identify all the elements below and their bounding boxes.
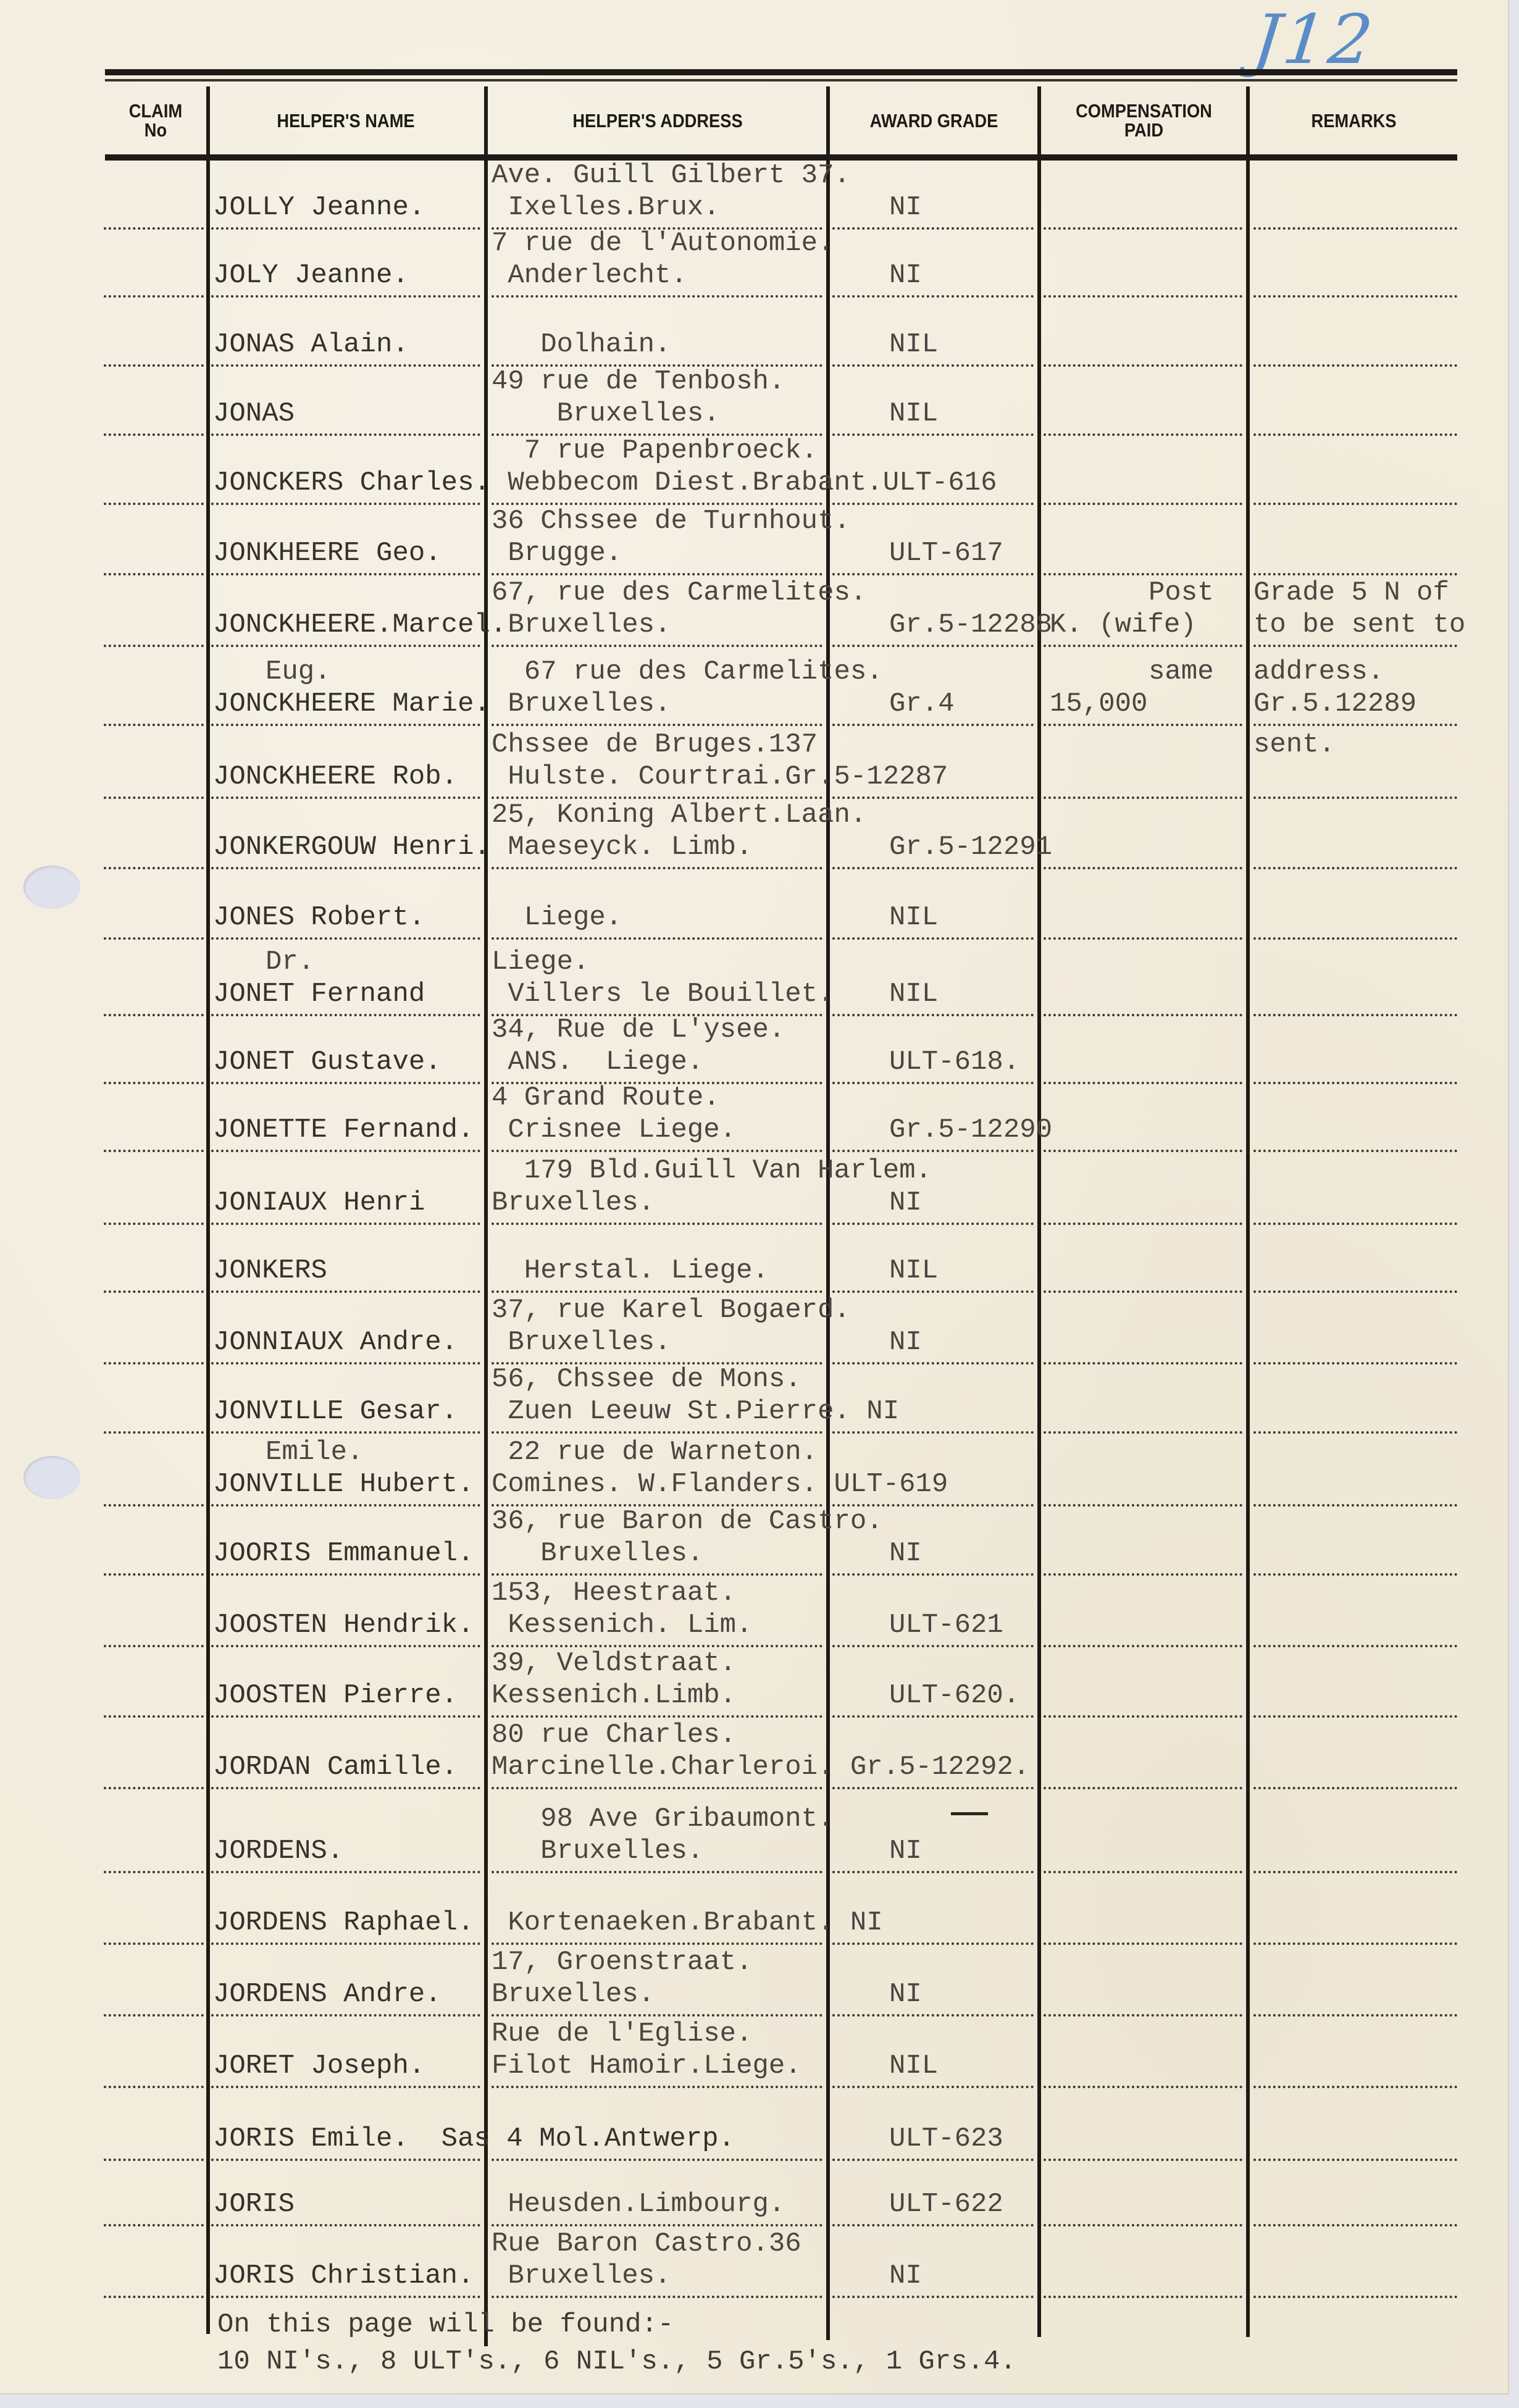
helper-name: JORDENS Raphael.: [213, 1907, 474, 1939]
helper-name: JOOSTEN Hendrik.: [213, 1609, 474, 1641]
helper-name: JONET Fernand: [213, 978, 425, 1010]
row-dotted-line: [1253, 1645, 1457, 1647]
remarks-line-1: sent.: [1253, 729, 1335, 761]
award-grade: NIL: [889, 1255, 938, 1287]
helper-address-line-2: Villers le Bouillet.: [492, 978, 834, 1010]
row-dotted-line: [832, 1150, 1034, 1152]
row-dotted-line: [1253, 645, 1457, 647]
helper-address-line-1: 36, rue Baron de Castro.: [492, 1505, 883, 1537]
award-grade: Gr.4: [889, 688, 955, 720]
remarks-line-1: address.: [1253, 656, 1384, 688]
column-divider-3: [826, 86, 830, 2340]
row-dotted-line: [104, 1645, 204, 1647]
row-dotted-line: [832, 1431, 1034, 1434]
row-dotted-line: [832, 433, 1034, 436]
row-dotted-line: [1253, 1871, 1457, 1873]
row-dotted-line: [211, 295, 480, 298]
helper-name-prefix: Dr.: [266, 946, 314, 978]
punch-hole-bottom: [23, 1456, 80, 1499]
row-dotted-line: [104, 1573, 204, 1576]
row-dotted-line: [492, 724, 822, 726]
row-dotted-line: [211, 937, 480, 940]
header-top-rule: [105, 69, 1457, 75]
row-dotted-line: [832, 1223, 1034, 1225]
row-dotted-line: [104, 1290, 204, 1293]
row-dotted-line: [832, 2014, 1034, 2017]
row-dotted-line: [211, 1573, 480, 1576]
helper-name: JORIS Emile. Sas 4 Mol.Antwerp.: [213, 2123, 735, 2155]
row-dotted-line: [104, 2014, 204, 2017]
row-dotted-line: [1253, 867, 1457, 869]
row-dotted-line: [1044, 1362, 1242, 1365]
row-dotted-line: [1253, 1223, 1457, 1225]
remarks-line-2: Gr.5.12289: [1253, 688, 1416, 720]
row-dotted-line: [211, 503, 480, 505]
row-dotted-line: [1253, 364, 1457, 367]
row-dotted-line: [104, 1787, 204, 1789]
row-dotted-line: [832, 1715, 1034, 1718]
row-dotted-line: [492, 1223, 822, 1225]
row-dotted-line: [211, 364, 480, 367]
helper-address-line-1: 17, Groenstraat.: [492, 1946, 752, 1978]
row-dotted-line: [492, 937, 822, 940]
helper-address-line-1: 67 rue des Carmelites.: [492, 656, 883, 688]
helper-name: JONCKHEERE Rob.: [213, 761, 458, 793]
row-dotted-line: [211, 1942, 480, 1945]
award-grade: NI: [889, 1326, 922, 1358]
row-dotted-line: [1044, 2086, 1242, 2088]
helper-address-line-1: Rue de l'Eglise.: [492, 2018, 752, 2050]
row-dotted-line: [832, 503, 1034, 505]
helper-address-line-2: Webbecom Diest.Brabant.ULT-616: [492, 467, 997, 499]
row-dotted-line: [211, 433, 480, 436]
helper-name: JONKERS: [213, 1255, 327, 1287]
row-dotted-line: [211, 1787, 480, 1789]
remarks-line-1: Grade 5 N of: [1253, 577, 1449, 609]
header-award-grade: AWARD GRADE: [843, 86, 1025, 154]
row-dotted-line: [1253, 1014, 1457, 1016]
row-dotted-line: [1253, 1362, 1457, 1365]
helper-address-line-2: Ixelles.Brux.: [492, 191, 720, 224]
row-dotted-line: [211, 2159, 480, 2161]
helper-address-line-1: 37, rue Karel Bogaerd.: [492, 1294, 850, 1326]
helper-name: JOORIS Emmanuel.: [213, 1537, 474, 1570]
row-dotted-line: [1253, 1787, 1457, 1789]
row-dotted-line: [104, 2224, 204, 2226]
row-dotted-line: [104, 503, 204, 505]
row-dotted-line: [832, 2224, 1034, 2226]
row-dotted-line: [104, 1082, 204, 1084]
row-dotted-line: [492, 2296, 822, 2298]
helper-address-line-1: 49 rue de Tenbosh.: [492, 366, 785, 398]
award-grade: ULT-621: [889, 1609, 1003, 1641]
helper-address-line-2: Hulste. Courtrai.Gr.5-12287: [492, 761, 948, 793]
row-dotted-line: [104, 867, 204, 869]
row-dotted-line: [492, 2014, 822, 2017]
helper-address-line-2: Crisnee Liege.: [492, 1114, 736, 1146]
award-grade: Gr.5-12291: [889, 831, 1052, 863]
helper-name: JORET Joseph.: [213, 2050, 425, 2082]
helper-address-line-1: 36 Chssee de Turnhout.: [492, 505, 850, 537]
row-dotted-line: [492, 2086, 822, 2088]
row-dotted-line: [1044, 1645, 1242, 1647]
row-dotted-line: [832, 724, 1034, 726]
row-dotted-line: [211, 867, 480, 869]
summary-line-2: 10 NI's., 8 ULT's., 6 NIL's., 5 Gr.5's.,…: [217, 2343, 1016, 2380]
row-dotted-line: [1044, 1715, 1242, 1718]
row-dotted-line: [211, 1715, 480, 1718]
row-dotted-line: [104, 937, 204, 940]
row-dotted-line: [1253, 937, 1457, 940]
award-grade: Gr.5-12288: [889, 609, 1052, 641]
row-dotted-line: [104, 1871, 204, 1873]
underline-mark: [951, 1812, 988, 1815]
helper-name: JORDENS.: [213, 1835, 343, 1867]
row-dotted-line: [104, 2296, 204, 2298]
helper-address-line-1: Chssee de Bruges.137: [492, 729, 818, 761]
helper-name: JORIS Christian.: [213, 2260, 474, 2292]
row-dotted-line: [211, 1290, 480, 1293]
helper-address-line-2: Dolhain.: [492, 328, 671, 361]
helper-name: JONAS: [213, 398, 295, 430]
row-dotted-line: [211, 1431, 480, 1434]
column-divider-2: [484, 86, 488, 2346]
column-divider-1: [206, 86, 210, 2334]
helper-address-line-2: Filot Hamoir.Liege.: [492, 2050, 801, 2082]
helper-address-line-2: Bruxelles.: [492, 1978, 655, 2010]
award-grade: ULT-617: [889, 537, 1003, 569]
row-dotted-line: [1044, 1014, 1242, 1016]
compensation-line-1: same: [1149, 656, 1214, 688]
row-dotted-line: [1253, 573, 1457, 575]
helper-address-line-1: 98 Ave Gribaumont.: [492, 1803, 834, 1835]
compensation-line-2: K. (wife): [1050, 609, 1197, 641]
row-dotted-line: [104, 1942, 204, 1945]
row-dotted-line: [1044, 1504, 1242, 1507]
award-grade: NI: [889, 1978, 922, 2010]
header-compensation-paid: COMPENSATION PAID: [1053, 86, 1235, 154]
summary-line-1: On this page will be found:-: [217, 2306, 674, 2343]
row-dotted-line: [104, 1362, 204, 1365]
row-dotted-line: [1044, 227, 1242, 230]
award-grade: NIL: [889, 328, 938, 361]
row-dotted-line: [832, 867, 1034, 869]
row-dotted-line: [1044, 1573, 1242, 1576]
row-dotted-line: [832, 2296, 1034, 2298]
row-dotted-line: [1044, 1082, 1242, 1084]
row-dotted-line: [1044, 433, 1242, 436]
helper-address-line-2: Comines. W.Flanders. ULT-619: [492, 1468, 948, 1500]
row-dotted-line: [1253, 1431, 1457, 1434]
row-dotted-line: [492, 1290, 822, 1293]
row-dotted-line: [104, 2086, 204, 2088]
award-grade: NI: [889, 1835, 922, 1867]
helper-name: JONKERGOUW Henri.: [213, 831, 490, 863]
row-dotted-line: [1253, 796, 1457, 799]
row-dotted-line: [104, 1150, 204, 1152]
row-dotted-line: [1044, 295, 1242, 298]
compensation-line-2: 15,000: [1050, 688, 1147, 720]
row-dotted-line: [832, 1787, 1034, 1789]
row-dotted-line: [104, 433, 204, 436]
row-dotted-line: [1044, 1871, 1242, 1873]
row-dotted-line: [104, 1715, 204, 1718]
helper-address-line-2: Anderlecht.: [492, 259, 687, 291]
row-dotted-line: [832, 364, 1034, 367]
row-dotted-line: [1044, 724, 1242, 726]
helper-address-line-2: Bruxelles.: [492, 609, 671, 641]
row-dotted-line: [492, 2224, 822, 2226]
helper-name: JONVILLE Gesar.: [213, 1395, 458, 1428]
row-dotted-line: [104, 295, 204, 298]
row-dotted-line: [1044, 1223, 1242, 1225]
helper-name: JORIS: [213, 2188, 295, 2220]
row-dotted-line: [1253, 227, 1457, 230]
row-dotted-line: [832, 1871, 1034, 1873]
row-dotted-line: [492, 573, 822, 575]
helper-address-line-1: 153, Heestraat.: [492, 1577, 736, 1609]
row-dotted-line: [492, 1871, 822, 1873]
row-dotted-line: [492, 1787, 822, 1789]
row-dotted-line: [211, 1504, 480, 1507]
helper-name: JONKHEERE Geo.: [213, 537, 441, 569]
header-helper-address: HELPER'S ADDRESS: [508, 86, 807, 154]
helper-address-line-1: Ave. Guill Gilbert 37.: [492, 159, 850, 191]
row-dotted-line: [104, 724, 204, 726]
helper-address-line-1: 34, Rue de L'ysee.: [492, 1014, 785, 1046]
row-dotted-line: [211, 2296, 480, 2298]
row-dotted-line: [1044, 573, 1242, 575]
row-dotted-line: [104, 796, 204, 799]
row-dotted-line: [104, 1014, 204, 1016]
helper-name: JONCKHEERE Marie.: [213, 688, 490, 720]
row-dotted-line: [1044, 796, 1242, 799]
row-dotted-line: [211, 1645, 480, 1647]
helper-address-line-2: Herstal. Liege.: [492, 1255, 769, 1287]
row-dotted-line: [492, 2159, 822, 2161]
row-dotted-line: [211, 1150, 480, 1152]
award-grade: ULT-618.: [889, 1046, 1019, 1078]
row-dotted-line: [1044, 2159, 1242, 2161]
row-dotted-line: [1253, 724, 1457, 726]
helper-address-line-1: 22 rue de Warneton.: [492, 1436, 818, 1468]
row-dotted-line: [492, 1942, 822, 1945]
row-dotted-line: [1253, 1082, 1457, 1084]
award-grade: ULT-622: [889, 2188, 1003, 2220]
row-dotted-line: [211, 724, 480, 726]
helper-address-line-2: Brugge.: [492, 537, 622, 569]
row-dotted-line: [832, 1082, 1034, 1084]
row-dotted-line: [1044, 937, 1242, 940]
row-dotted-line: [492, 1150, 822, 1152]
helper-name: JONIAUX Henri: [213, 1187, 425, 1219]
row-dotted-line: [1253, 2224, 1457, 2226]
row-dotted-line: [1044, 364, 1242, 367]
helper-address-line-2: Bruxelles.: [492, 688, 671, 720]
row-dotted-line: [1253, 1715, 1457, 1718]
helper-address-line-2: Bruxelles.: [492, 398, 720, 430]
row-dotted-line: [492, 1715, 822, 1718]
award-grade: Gr.5-12290: [889, 1114, 1052, 1146]
row-dotted-line: [104, 1504, 204, 1507]
row-dotted-line: [832, 573, 1034, 575]
row-dotted-line: [1253, 1504, 1457, 1507]
row-dotted-line: [1044, 503, 1242, 505]
award-grade: ULT-620.: [889, 1679, 1019, 1712]
helper-address-line-2: Bruxelles.: [492, 1187, 655, 1219]
row-dotted-line: [211, 1223, 480, 1225]
row-dotted-line: [832, 937, 1034, 940]
row-dotted-line: [1044, 1787, 1242, 1789]
award-grade: NI: [889, 1537, 922, 1570]
row-dotted-line: [1253, 1573, 1457, 1576]
row-dotted-line: [492, 1573, 822, 1576]
row-dotted-line: [492, 867, 822, 869]
row-dotted-line: [211, 1014, 480, 1016]
row-dotted-line: [211, 2086, 480, 2088]
row-dotted-line: [211, 1362, 480, 1365]
helper-address-line-1: 39, Veldstraat.: [492, 1647, 736, 1679]
award-grade: NI: [889, 191, 922, 224]
row-dotted-line: [1044, 645, 1242, 647]
row-dotted-line: [1253, 1942, 1457, 1945]
row-dotted-line: [1044, 1942, 1242, 1945]
award-grade: NIL: [889, 2050, 938, 2082]
row-dotted-line: [1044, 2296, 1242, 2298]
row-dotted-line: [211, 645, 480, 647]
helper-address-line-2: Bruxelles.: [492, 2260, 671, 2292]
helper-name: JONETTE Fernand.: [213, 1114, 474, 1146]
row-dotted-line: [492, 1431, 822, 1434]
column-divider-5: [1246, 86, 1250, 2337]
row-dotted-line: [832, 1645, 1034, 1647]
row-dotted-line: [1044, 2224, 1242, 2226]
row-dotted-line: [1044, 867, 1242, 869]
helper-name: JOOSTEN Pierre.: [213, 1679, 458, 1712]
row-dotted-line: [492, 295, 822, 298]
header-helper-name: HELPER'S NAME: [226, 86, 465, 154]
row-dotted-line: [104, 645, 204, 647]
row-dotted-line: [1253, 2159, 1457, 2161]
helper-name: JONES Robert.: [213, 901, 425, 934]
header-claim-no: CLAIM No: [112, 86, 199, 154]
row-dotted-line: [211, 227, 480, 230]
helper-address-line-2: Kessenich.Limb.: [492, 1679, 736, 1712]
row-dotted-line: [1253, 2014, 1457, 2017]
row-dotted-line: [832, 2159, 1034, 2161]
row-dotted-line: [832, 295, 1034, 298]
row-dotted-line: [211, 2224, 480, 2226]
row-dotted-line: [1044, 2014, 1242, 2017]
helper-name: JONVILLE Hubert.: [213, 1468, 474, 1500]
row-dotted-line: [832, 1290, 1034, 1293]
helper-name: JONCKERS Charles.: [213, 467, 490, 499]
row-dotted-line: [832, 227, 1034, 230]
helper-address-line-1: 179 Bld.Guill Van Harlem.: [492, 1155, 932, 1187]
row-dotted-line: [104, 227, 204, 230]
row-dotted-line: [1253, 2086, 1457, 2088]
row-dotted-line: [211, 573, 480, 575]
award-grade: NI: [889, 2260, 922, 2292]
helper-name-prefix: Emile.: [266, 1436, 363, 1468]
row-dotted-line: [1253, 433, 1457, 436]
document-page: J12 CLAIM No HELPER'S NAME HELPER'S ADDR…: [0, 0, 1509, 2394]
helper-address-line-2: Zuen Leeuw St.Pierre. NI: [492, 1395, 899, 1428]
helper-address-line-2: Maeseyck. Limb.: [492, 831, 752, 863]
helper-address-line-1: 56, Chssee de Mons.: [492, 1363, 801, 1395]
helper-address-line-2: Bruxelles.: [492, 1835, 703, 1867]
punch-hole-top: [23, 866, 80, 909]
award-grade: NI: [889, 259, 922, 291]
helper-name: JORDAN Camille.: [213, 1751, 458, 1783]
helper-address-line-1: 4 Grand Route.: [492, 1082, 720, 1114]
helper-address-line-1: 7 rue Papenbroeck.: [492, 435, 818, 467]
row-dotted-line: [104, 1431, 204, 1434]
row-dotted-line: [104, 2159, 204, 2161]
award-grade: NI: [889, 1187, 922, 1219]
column-divider-4: [1037, 86, 1041, 2337]
helper-name: JOLLY Jeanne.: [213, 191, 425, 224]
row-dotted-line: [1044, 1150, 1242, 1152]
row-dotted-line: [832, 645, 1034, 647]
row-dotted-line: [1253, 2296, 1457, 2298]
remarks-line-2: to be sent to: [1253, 609, 1465, 641]
row-dotted-line: [1253, 1290, 1457, 1293]
helper-name: JOLY Jeanne.: [213, 259, 409, 291]
row-dotted-line: [1253, 1150, 1457, 1152]
helper-address-line-2: Bruxelles.: [492, 1537, 703, 1570]
helper-address-line-1: Liege.: [492, 946, 589, 978]
row-dotted-line: [1253, 295, 1457, 298]
row-dotted-line: [832, 1362, 1034, 1365]
award-grade: NIL: [889, 978, 938, 1010]
helper-address-line-2: Bruxelles.: [492, 1326, 671, 1358]
row-dotted-line: [832, 1014, 1034, 1016]
award-grade: NIL: [889, 398, 938, 430]
helper-name-prefix: Eug.: [266, 656, 331, 688]
header-remarks: REMARKS: [1263, 86, 1445, 154]
helper-address-line-2: Liege.: [492, 901, 622, 934]
row-dotted-line: [832, 1573, 1034, 1576]
helper-address-line-1: 67, rue des Carmelites.: [492, 577, 866, 609]
compensation-line-1: Post: [1149, 577, 1214, 609]
row-dotted-line: [1253, 503, 1457, 505]
helper-address-line-1: 80 rue Charles.: [492, 1719, 736, 1751]
row-dotted-line: [492, 645, 822, 647]
helper-name: JONET Gustave.: [213, 1046, 441, 1078]
row-dotted-line: [211, 1082, 480, 1084]
helper-name: JORDENS Andre.: [213, 1978, 441, 2010]
row-dotted-line: [211, 1871, 480, 1873]
helper-name: JONCKHEERE.Marcel.: [213, 609, 506, 641]
helper-address-line-2: Kessenich. Lim.: [492, 1609, 752, 1641]
row-dotted-line: [104, 573, 204, 575]
row-dotted-line: [1044, 1290, 1242, 1293]
row-dotted-line: [1044, 1431, 1242, 1434]
helper-address-line-1: 25, Koning Albert.Laan.: [492, 799, 866, 831]
handwritten-page-number: J12: [1249, 0, 1379, 79]
row-dotted-line: [211, 2014, 480, 2017]
header-second-rule: [105, 79, 1457, 82]
row-dotted-line: [211, 796, 480, 799]
row-dotted-line: [832, 1942, 1034, 1945]
row-dotted-line: [832, 2086, 1034, 2088]
helper-address-line-1: 7 rue de l'Autonomie.: [492, 227, 834, 259]
helper-name: JONNIAUX Andre.: [213, 1326, 458, 1358]
helper-address-line-2: Marcinelle.Charleroi. Gr.5-12292.: [492, 1751, 1029, 1783]
award-grade: ULT-623: [889, 2123, 1003, 2155]
row-dotted-line: [104, 364, 204, 367]
